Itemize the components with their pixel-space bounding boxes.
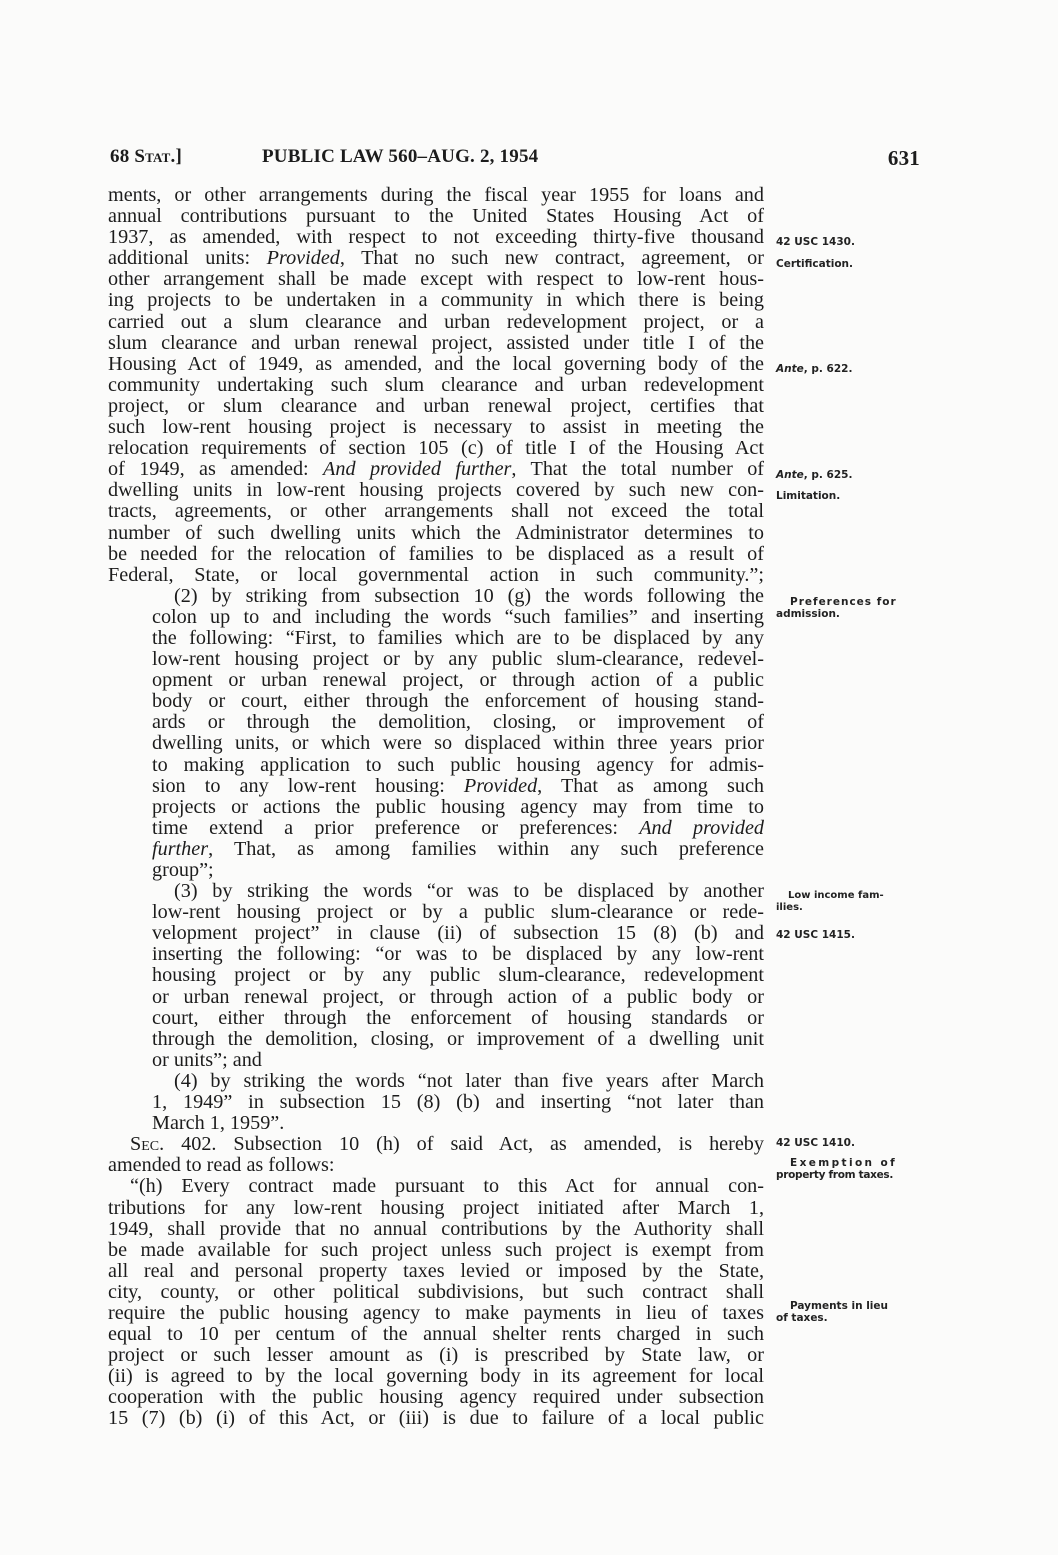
text-line: sion to any low-rent housing: Provided, … [108, 776, 764, 797]
text-run: , That, as among families within any suc… [208, 838, 764, 860]
text-line: to making application to such public hou… [108, 755, 764, 776]
italic-proviso: And provided further [323, 458, 511, 480]
text-line: or urban renewal project, or through act… [108, 987, 764, 1008]
margin-note-usc-1410: 42 USC 1410. [776, 1137, 926, 1149]
volume-number: 68 [110, 146, 129, 167]
text-run: of 1949, as amended: [108, 458, 323, 480]
text-line: carried out a slum clearance and urban r… [108, 312, 764, 333]
text-line: body or court, either through the enforc… [108, 691, 764, 712]
note-line: Low income fam- [776, 890, 926, 902]
text-line: group”; [108, 860, 764, 881]
running-head-title: PUBLIC LAW 560–AUG. 2, 1954 [262, 146, 538, 168]
text-line: time extend a prior preference or prefer… [108, 818, 764, 839]
section-label: Sec [130, 1133, 159, 1155]
body-text: ments, or other arrangements during the … [108, 185, 764, 1430]
text-run: , That as among such [537, 775, 764, 797]
text-line: dwelling units, or which were so displac… [108, 733, 764, 754]
text-line: or units”; and [108, 1050, 764, 1071]
text-line: ards or through the demolition, closing,… [108, 712, 764, 733]
margin-note-certification: Certification. [776, 258, 926, 270]
text-line: cooperation with the public housing agen… [108, 1387, 764, 1408]
text-line: March 1, 1959”. [108, 1113, 764, 1134]
margin-note-payments: Payments in lieu of taxes. [776, 1300, 926, 1324]
text-line: be made available for such project unles… [108, 1240, 764, 1261]
margin-note-usc-1430: 42 USC 1430. [776, 236, 926, 248]
margin-note-ante-625: Ante, p. 625. [776, 469, 926, 481]
text-line: 15 (7) (b) (i) of this Act, or (iii) is … [108, 1408, 764, 1429]
ante-label: Ante [776, 363, 804, 375]
text-line: ing projects to be undertaken in a commu… [108, 290, 764, 311]
text-line: the following: “First, to families which… [108, 628, 764, 649]
text-run: sion to any low-rent housing: [152, 775, 464, 797]
page-header: 68 Stat.] PUBLIC LAW 560–AUG. 2, 1954 63… [110, 146, 920, 176]
page-ref: , p. 625. [804, 469, 853, 481]
text-line: low-rent housing project or by a public … [108, 902, 764, 923]
page-ref: , p. 622. [804, 363, 853, 375]
volume-abbrev: Stat. [134, 146, 175, 167]
note-line: Payments in lieu [776, 1300, 926, 1312]
note-line: Exemption of [776, 1157, 926, 1169]
note-line: Preferences for [776, 596, 926, 608]
statute-volume-reference: 68 Stat.] [110, 146, 182, 168]
text-line: tracts, agreements, or other arrangement… [108, 501, 764, 522]
paragraph-4-start: (4) by striking the words “not later tha… [108, 1071, 764, 1092]
italic-proviso: further [152, 838, 208, 860]
italic-proviso: Provided [267, 247, 340, 269]
text-line: further, That, as among families within … [108, 839, 764, 860]
text-line: opment or urban renewal project, or thro… [108, 670, 764, 691]
text-run: , That no such new contract, agreement, … [340, 247, 764, 269]
text-line: such low-rent housing project is necessa… [108, 417, 764, 438]
text-line: be needed for the relocation of families… [108, 544, 764, 565]
italic-proviso: And provided [639, 817, 764, 839]
text-line: equal to 10 per centum of the annual she… [108, 1324, 764, 1345]
text-line: through the demolition, closing, or impr… [108, 1029, 764, 1050]
text-line: colon up to and including the words “suc… [108, 607, 764, 628]
text-run: additional units: [108, 247, 267, 269]
text-line: Federal, State, or local governmental ac… [108, 565, 764, 586]
page-number: 631 [888, 146, 920, 171]
italic-proviso: Provided [464, 775, 537, 797]
text-run: . 402. Subsection 10 (h) of said Act, as… [159, 1133, 764, 1155]
bracket: ] [175, 146, 182, 167]
text-line: ments, or other arrangements during the … [108, 185, 764, 206]
ante-label: Ante [776, 469, 804, 481]
text-line: velopment project” in clause (ii) of sub… [108, 923, 764, 944]
text-line: slum clearance and urban renewal project… [108, 333, 764, 354]
text-line: housing project or by any public slum-cl… [108, 965, 764, 986]
margin-note-limitation: Limitation. [776, 490, 926, 502]
text-line: annual contributions pursuant to the Uni… [108, 206, 764, 227]
text-line: dwelling units in low-rent housing proje… [108, 480, 764, 501]
note-line: admission. [776, 608, 926, 620]
text-line: Housing Act of 1949, as amended, and the… [108, 354, 764, 375]
section-402-start: Sec. 402. Subsection 10 (h) of said Act,… [108, 1134, 764, 1155]
margin-note-ante-622: Ante, p. 622. [776, 363, 926, 375]
text-line: 1, 1949” in subsection 15 (8) (b) and in… [108, 1092, 764, 1113]
note-line: property from taxes. [776, 1169, 926, 1181]
paragraph-2-start: (2) by striking from subsection 10 (g) t… [108, 586, 764, 607]
text-line: require the public housing agency to mak… [108, 1303, 764, 1324]
text-line: community undertaking such slum clearanc… [108, 375, 764, 396]
text-line: of 1949, as amended: And provided furthe… [108, 459, 764, 480]
text-line: number of such dwelling units which the … [108, 523, 764, 544]
text-line: (ii) is agreed to by the local governing… [108, 1366, 764, 1387]
subsection-h-start: “(h) Every contract made pursuant to thi… [108, 1176, 764, 1197]
text-line: amended to read as follows: [108, 1155, 764, 1176]
text-line: tributions for any low-rent housing proj… [108, 1198, 764, 1219]
text-run: , That the total number of [511, 458, 764, 480]
text-line: inserting the following: “or was to be d… [108, 944, 764, 965]
text-line: all real and personal property taxes lev… [108, 1261, 764, 1282]
text-run: time extend a prior preference or prefer… [152, 817, 639, 839]
text-line: relocation requirements of section 105 (… [108, 438, 764, 459]
text-line: court, either through the enforcement of… [108, 1008, 764, 1029]
margin-note-exemption: Exemption of property from taxes. [776, 1157, 926, 1181]
text-line: 1949, shall provide that no annual contr… [108, 1219, 764, 1240]
text-line: low-rent housing project or by any publi… [108, 649, 764, 670]
text-line: 1937, as amended, with respect to not ex… [108, 227, 764, 248]
text-line: projects or actions the public housing a… [108, 797, 764, 818]
margin-note-usc-1415: 42 USC 1415. [776, 929, 926, 941]
paragraph-3-start: (3) by striking the words “or was to be … [108, 881, 764, 902]
text-line: city, county, or other political subdivi… [108, 1282, 764, 1303]
note-line: of taxes. [776, 1312, 926, 1324]
text-line: project or such lesser amount as (i) is … [108, 1345, 764, 1366]
text-line: other arrangement shall be made except w… [108, 269, 764, 290]
margin-note-low-income: Low income fam- ilies. [776, 890, 926, 914]
margin-note-preferences: Preferences for admission. [776, 596, 926, 620]
text-line: project, or slum clearance and urban ren… [108, 396, 764, 417]
text-line: additional units: Provided, That no such… [108, 248, 764, 269]
note-line: ilies. [776, 902, 926, 914]
